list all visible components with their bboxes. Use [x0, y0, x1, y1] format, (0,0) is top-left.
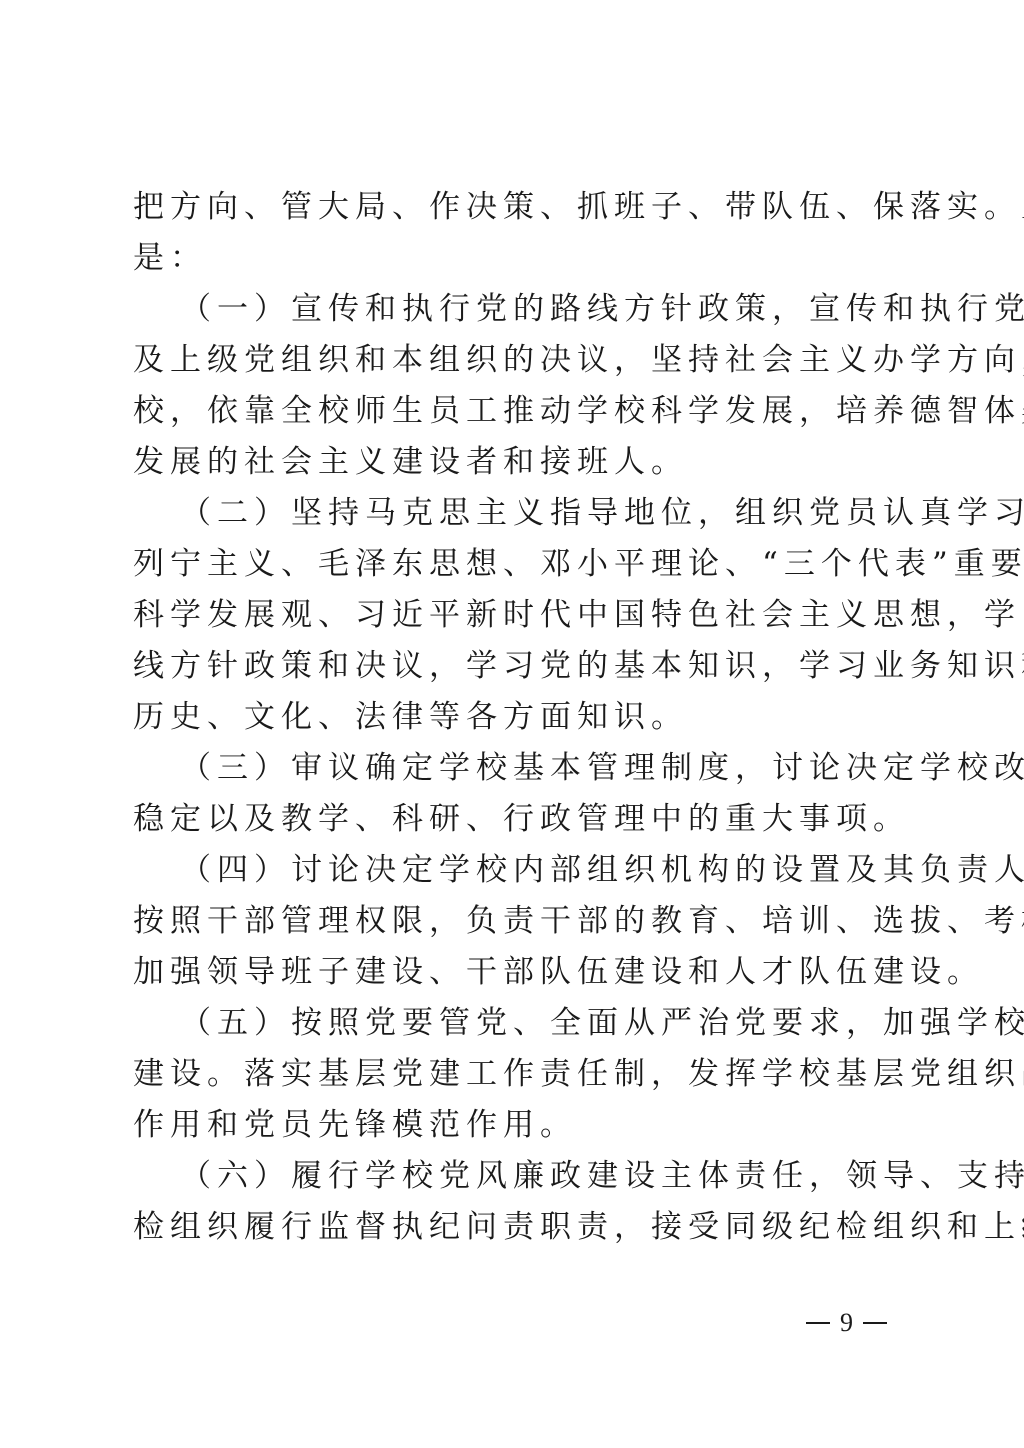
- text-line: 建设。落实基层党建工作责任制，发挥学校基层党组织战斗堡垒: [133, 1054, 1024, 1094]
- text-line: 加强领导班子建设、干部队伍建设和人才队伍建设。: [133, 952, 984, 992]
- text-line: 校，依靠全校师生员工推动学校科学发展，培养德智体美劳全面: [133, 391, 1024, 431]
- paragraph-5-start: （五）按照党要管党、全面从严治党要求，加强学校党组织: [180, 1003, 1024, 1043]
- text-line: 检组织履行监督执纪问责职责，接受同级纪检组织和上级纪委监: [133, 1207, 1024, 1247]
- text-line: 线方针政策和决议，学习党的基本知识，学习业务知识和科学、: [133, 646, 1024, 686]
- paragraph-2-start: （二）坚持马克思主义指导地位，组织党员认真学习马克思: [180, 493, 1024, 533]
- text-line: 稳定以及教学、科研、行政管理中的重大事项。: [133, 799, 910, 839]
- text-line: 作用和党员先锋模范作用。: [133, 1105, 577, 1145]
- page-number: 9: [806, 1308, 906, 1338]
- text-line: 按照干部管理权限，负责干部的教育、培训、选拔、考核和监督。: [133, 901, 1024, 941]
- text-line: 列宁主义、毛泽东思想、邓小平理论、“三个代表”重要思想、: [133, 544, 1024, 584]
- document-page: 把方向、管大局、作决策、抓班子、带队伍、保落实。主要职责 是： （一）宣传和执行…: [0, 0, 1024, 1448]
- paragraph-1-start: （一）宣传和执行党的路线方针政策，宣传和执行党中央以: [180, 289, 1024, 329]
- text-line: 历史、文化、法律等各方面知识。: [133, 697, 688, 737]
- paragraph-3-start: （三）审议确定学校基本管理制度，讨论决定学校改革发展: [180, 748, 1024, 788]
- text-line: 科学发展观、习近平新时代中国特色社会主义思想，学习党的路: [133, 595, 1024, 635]
- text-line: 发展的社会主义建设者和接班人。: [133, 442, 688, 482]
- paragraph-4-start: （四）讨论决定学校内部组织机构的设置及其负责人的人选。: [180, 850, 1024, 890]
- dash-left: [806, 1322, 830, 1324]
- text-line: 把方向、管大局、作决策、抓班子、带队伍、保落实。主要职责: [133, 187, 1024, 227]
- dash-right: [863, 1322, 887, 1324]
- text-line: 是：: [133, 238, 207, 278]
- page-number-value: 9: [840, 1308, 853, 1338]
- paragraph-6-start: （六）履行学校党风廉政建设主体责任，领导、支持内设纪: [180, 1156, 1024, 1196]
- text-line: 及上级党组织和本组织的决议，坚持社会主义办学方向，依法治: [133, 340, 1024, 380]
